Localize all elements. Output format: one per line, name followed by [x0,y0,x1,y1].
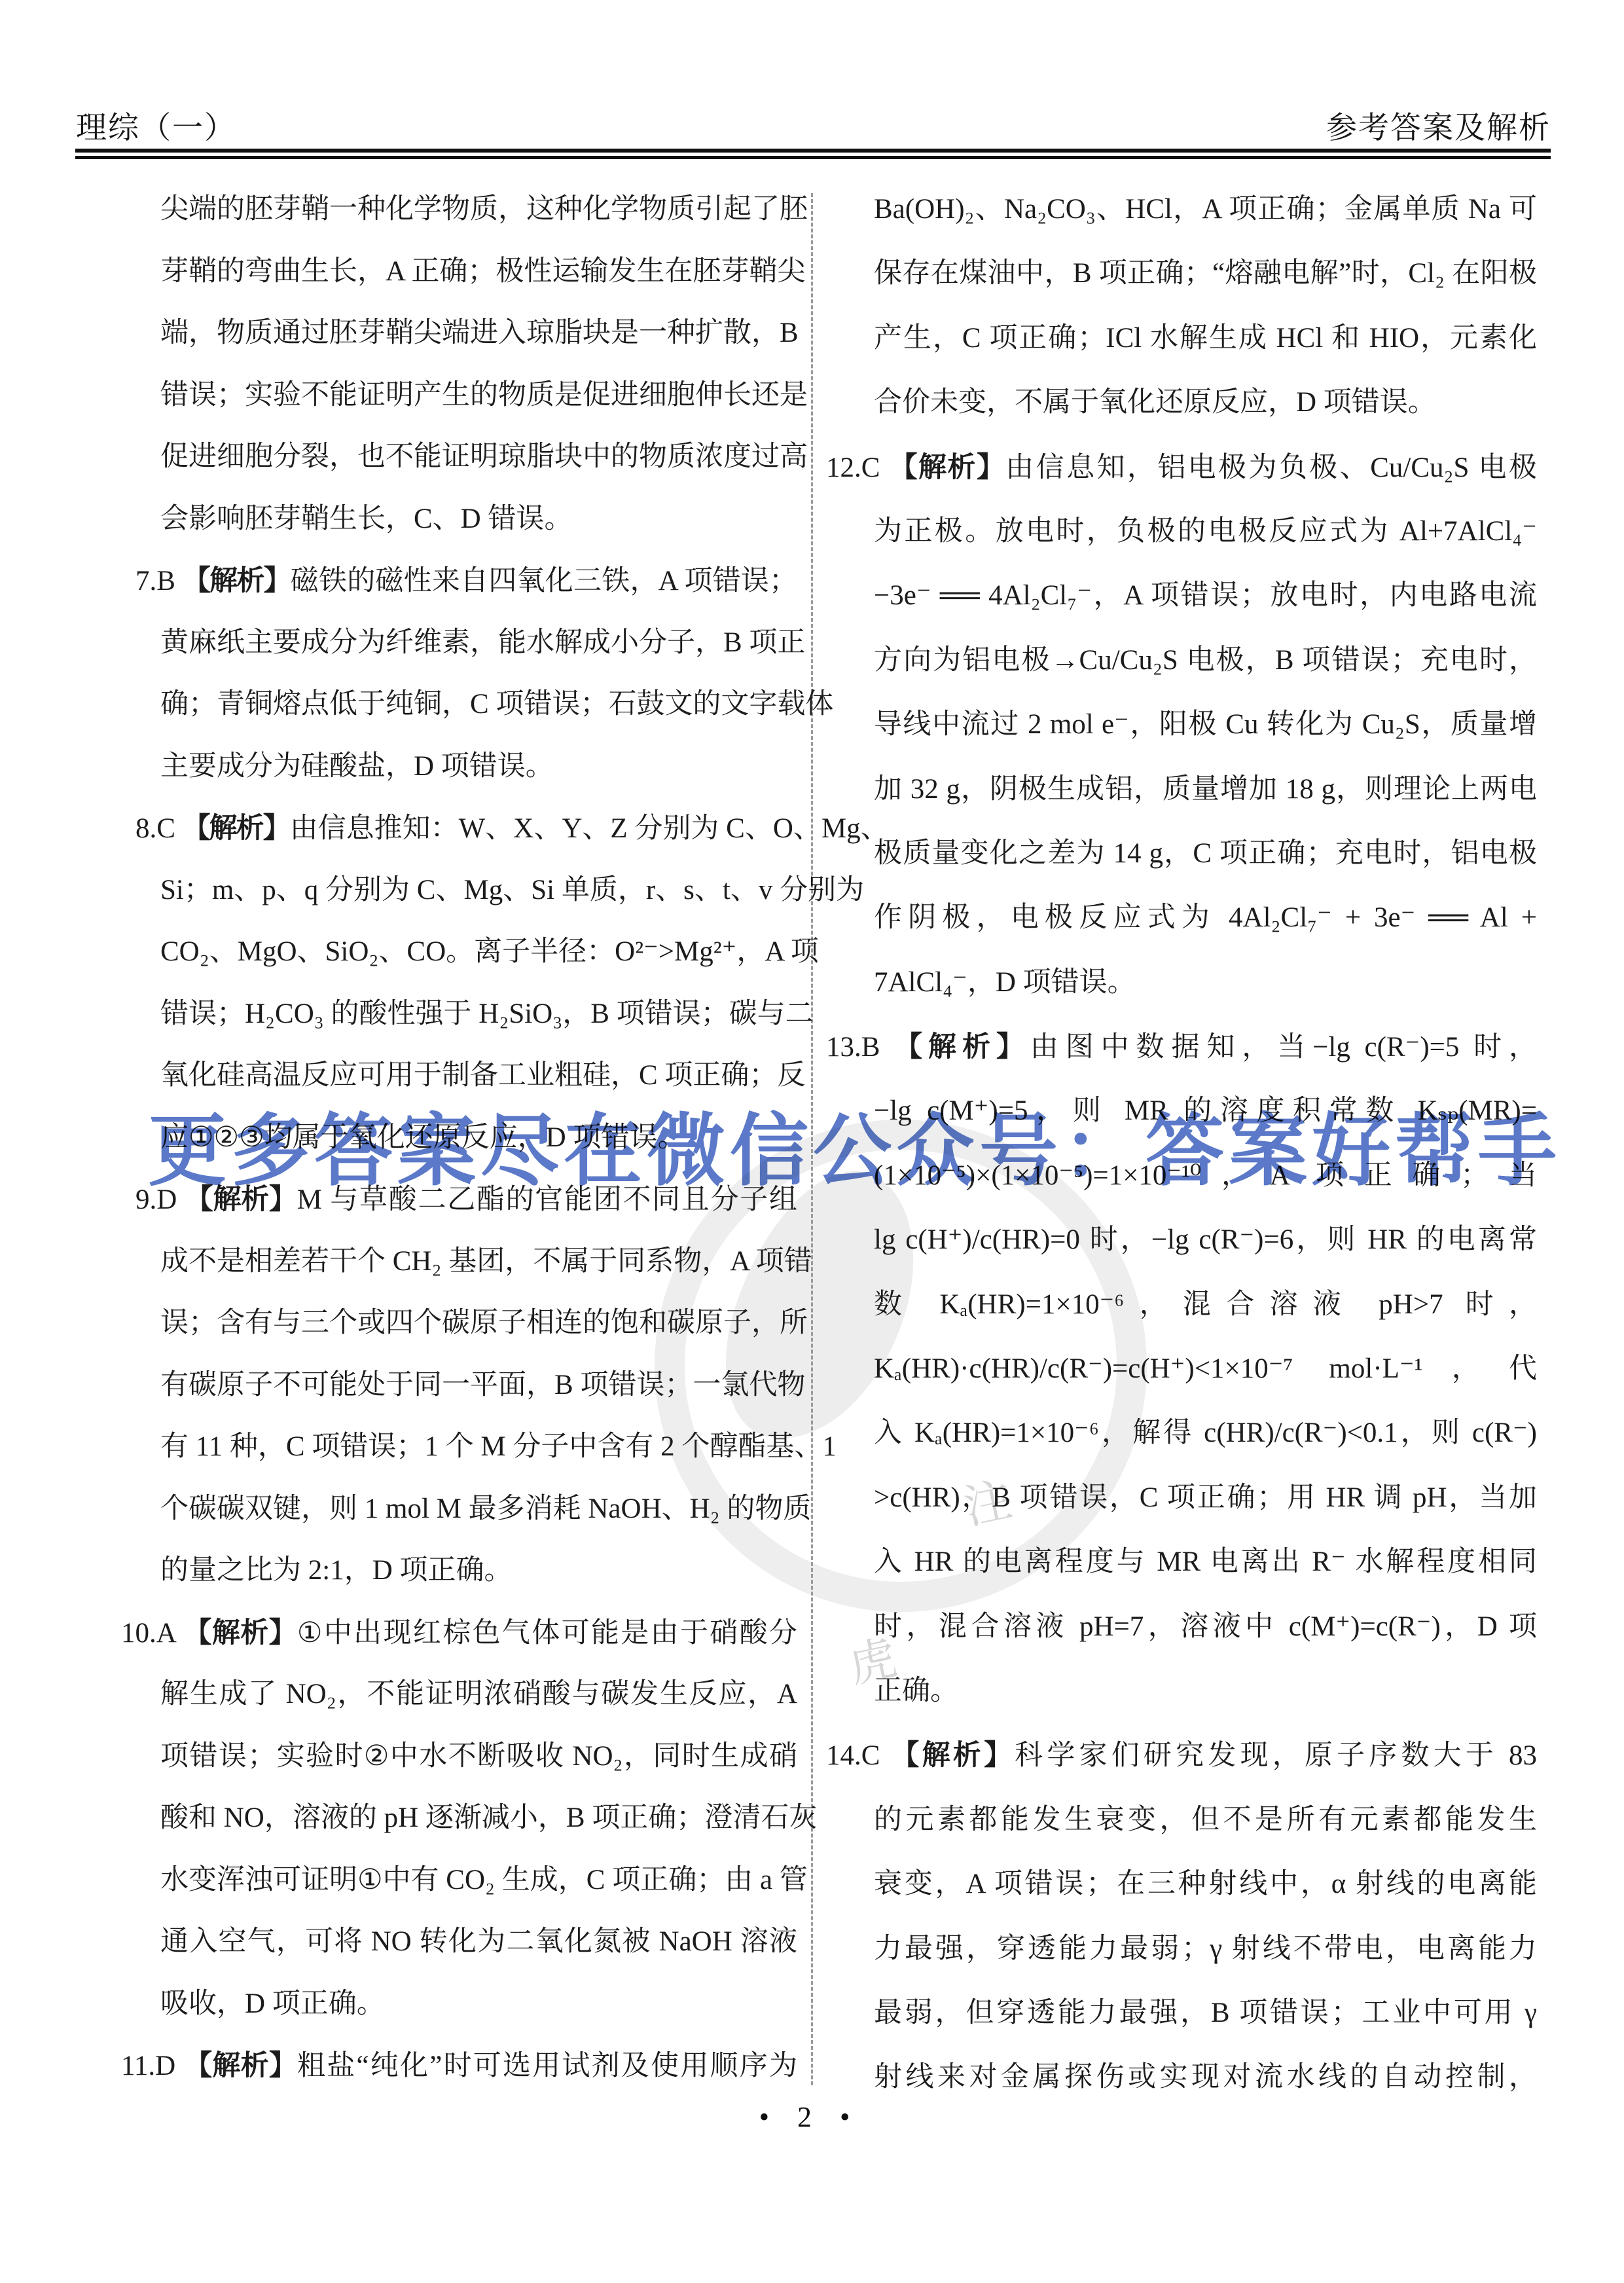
answer-line: 产生，C 项正确；ICl 水解生成 HCl 和 HIO，元素化 [826,306,1537,371]
answer-line: 入 Kₐ(HR)=1×10⁻⁶，解得 c(HR)/c(R⁻)<0.1，则 c(R… [826,1401,1537,1465]
answer-line: 正确。 [826,1659,1537,1723]
analysis-marker: 【解析】 [184,1617,297,1649]
answer-line: 水变浑浊可证明①中有 CO₂ 生成，C 项正确；由 a 管 [101,1850,797,1912]
answer-line: 有碳原子不可能处于同一平面，B 项错误；一氯代物 [101,1355,797,1417]
answer-line: 的元素都能发生衰变，但不是所有元素都能发生 [826,1788,1537,1852]
rule-top-line [75,149,1551,153]
answer-line: 8.C 【解析】由信息推知：W、X、Y、Z 分别为 C、O、Mg、 [101,797,797,860]
answer-line: 主要成分为硅酸盐，D 项错误。 [101,736,797,798]
answer-line: lg c(H⁺)/c(HR)=0 时，−lg c(R⁻)=6，则 HR 的电离常 [826,1208,1537,1272]
answer-line: 7AlCl₄⁻，D 项错误。 [826,951,1537,1015]
answer-line: 11.D 【解析】粗盐“纯化”时可选用试剂及使用顺序为 [101,2035,797,2097]
answer-line: 为正极。放电时，负极的电极反应式为 Al+7AlCl₄⁻ [826,500,1537,564]
answer-line: 方向为铝电极→Cu/Cu₂S 电极，B 项错误；充电时， [826,629,1537,693]
answer-line: 错误；实验不能证明产生的物质是促进细胞伸长还是 [101,365,797,427]
answer-line: 吸收，D 项正确。 [101,1973,797,2036]
answer-line: 时，混合溶液 pH=7，溶液中 c(M⁺)=c(R⁻)，D 项 [826,1595,1537,1659]
answer-line: 导线中流过 2 mol e⁻，阳极 Cu 转化为 Cu₂S，质量增 [826,693,1537,757]
promo-watermark-text: 更多答案尽在微信公众号：答案好帮手 [148,1088,1561,1201]
header-divider-rule [75,149,1551,159]
answer-line: 10.A 【解析】①中出现红棕色气体可能是由于硝酸分 [101,1602,797,1664]
answer-line: 加 32 g，阴极生成铝，质量增加 18 g，则理论上两电 [826,758,1537,822]
analysis-marker: 【解析】 [891,1740,1015,1771]
answer-line: 合价未变，不属于氧化还原反应，D 项错误。 [826,371,1537,435]
answer-line: 错误；H₂CO₃ 的酸性强于 H₂SiO₃，B 项错误；碳与二 [101,983,797,1046]
analysis-marker: 【解析】 [184,2050,297,2081]
answer-line: 芽鞘的弯曲生长，A 正确；极性运输发生在胚芽鞘尖 [101,241,797,303]
answer-line: 成不是相差若干个 CH₂ 基团，不属于同系物，A 项错 [101,1231,797,1293]
answer-line: 通入空气，可将 NO 转化为二氧化氮被 NaOH 溶液 [101,1911,797,1973]
answer-sheet-page: 理综（一） 参考答案及解析 注 虎 尖端的胚芽鞘一种化学物质，这种化学物质引起了… [0,0,1624,2283]
analysis-marker: 【解析】 [894,1031,1030,1063]
answer-line: 误；含有与三个或四个碳原子相连的饱和碳原子，所 [101,1292,797,1355]
page-title-right: 参考答案及解析 [1326,103,1551,147]
answer-line: 射线来对金属探伤或实现对流水线的自动控制， [826,2045,1537,2109]
answer-line: 力最强，穿透能力最弱；γ 射线不带电，电离能力 [826,1917,1537,1981]
answer-line: 促进细胞分裂，也不能证明琼脂块中的物质浓度过高 [101,426,797,488]
answer-line: 个碳碳双键，则 1 mol M 最多消耗 NaOH、H₂ 的物质 [101,1478,797,1541]
answer-line: 有 11 种，C 项错误；1 个 M 分子中含有 2 个醇酯基、1 [101,1416,797,1478]
answer-line: 13.B 【解析】由图中数据知，当−lg c(R⁻)=5 时， [826,1015,1537,1079]
answer-line: 黄麻纸主要成分为纤维素，能水解成小分子，B 项正 [101,612,797,674]
answer-line: 尖端的胚芽鞘一种化学物质，这种化学物质引起了胚 [101,179,797,241]
answer-line: CO₂、MgO、SiO₂、CO。离子半径：O²⁻>Mg²⁺，A 项 [101,921,797,983]
answer-line: 12.C 【解析】由信息知，铝电极为负极、Cu/Cu₂S 电极 [826,435,1537,500]
analysis-marker: 【解析】 [183,813,290,844]
answer-line: 衰变，A 项错误；在三种射线中，α 射线的电离能 [826,1852,1537,1916]
analysis-marker: 【解析】 [890,452,1006,483]
answer-line: 极质量变化之差为 14 g，C 项正确；充电时，铝电极 [826,822,1537,886]
page-title-left: 理综（一） [76,103,236,147]
answer-line: 入 HR 的电离程度与 MR 电离出 R⁻ 水解程度相同 [826,1530,1537,1594]
answer-line: 项错误；实验时②中水不断吸收 NO₂，同时生成硝 [101,1726,797,1788]
answer-line: 保存在煤油中，B 项正确；“熔融电解”时，Cl₂ 在阳极 [826,242,1537,306]
answer-line: 的量之比为 2:1，D 项正确。 [101,1540,797,1602]
answer-line: Kₐ(HR)·c(HR)/c(R⁻)=c(H⁺)<1×10⁻⁷ mol·L⁻¹，… [826,1337,1537,1401]
answer-line: Si；m、p、q 分别为 C、Mg、Si 单质，r、s、t、v 分别为 [101,860,797,922]
answer-line: 确；青铜熔点低于纯铜，C 项错误；石鼓文的文字载体 [101,674,797,736]
answer-line: >c(HR)，B 项错误，C 项正确；用 HR 调 pH，当加 [826,1466,1537,1530]
answer-line: 作阴极，电极反应式为 4Al₂Cl₇⁻ + 3e⁻ ══ Al + [826,886,1537,950]
answer-line: 7.B 【解析】磁铁的磁性来自四氧化三铁，A 项错误； [101,550,797,612]
answer-line: 酸和 NO，溶液的 pH 逐渐减小，B 项正确；澄清石灰 [101,1787,797,1850]
answer-line: 14.C 【解析】科学家们研究发现，原子序数大于 83 [826,1723,1537,1787]
rule-bottom-line [75,156,1551,159]
answer-line: 最弱，但穿透能力最强，B 项错误；工业中可用 γ [826,1981,1537,2045]
answer-line: 数 Kₐ(HR)=1×10⁻⁶，混合溶液 pH>7 时， [826,1273,1537,1337]
answer-line: −3e⁻ ══ 4Al₂Cl₇⁻，A 项错误；放电时，内电路电流 [826,564,1537,628]
answer-line: 会影响胚芽鞘生长，C、D 错误。 [101,488,797,551]
analysis-marker: 【解析】 [183,565,291,596]
answer-line: 端，物质通过胚芽鞘尖端进入琼脂块是一种扩散，B [101,302,797,365]
answer-line: 解生成了 NO₂，不能证明浓硝酸与碳发生反应，A [101,1664,797,1726]
answer-line: Ba(OH)₂、Na₂CO₃、HCl，A 项正确；金属单质 Na 可 [826,177,1537,242]
